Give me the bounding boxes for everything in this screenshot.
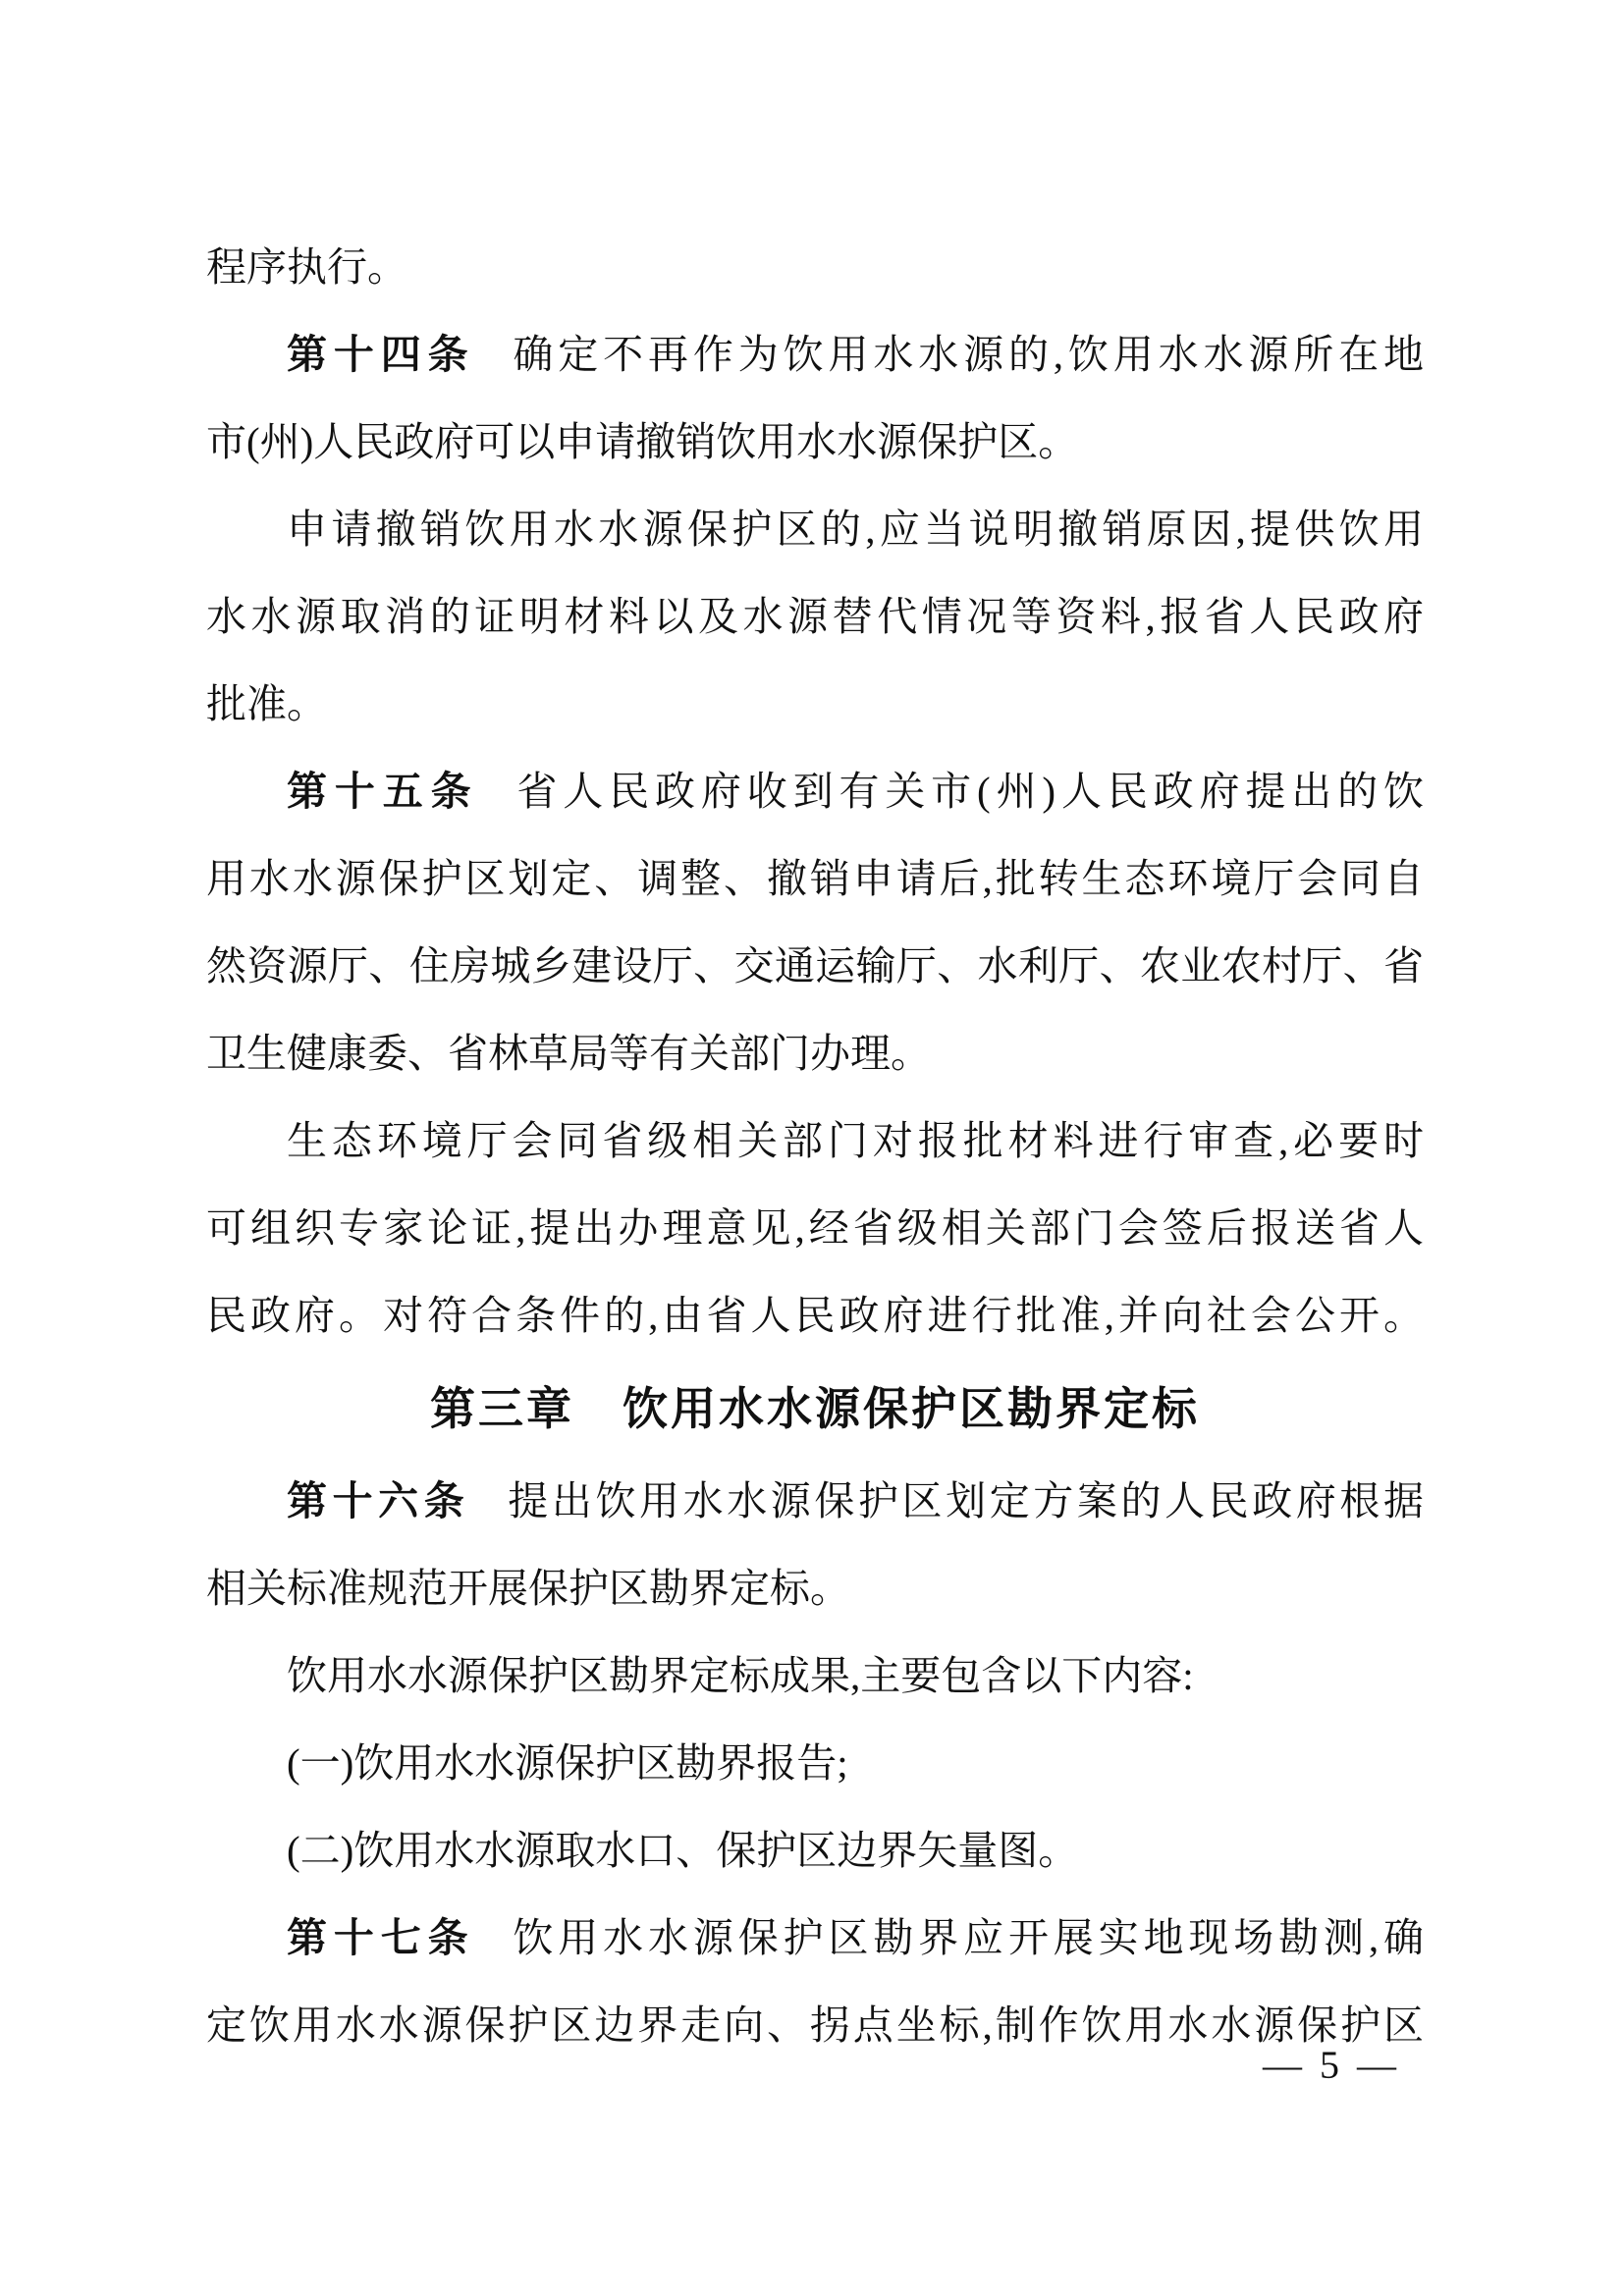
text-line: 可组织专家论证,提出办理意见,经省级相关部门会签后报送省人 [206,1185,1424,1272]
text-line: 生态环境厅会同省级相关部门对报批材料进行审查,必要时 [206,1097,1424,1185]
text-line: 第十七条饮用水水源保护区勘界应开展实地现场勘测,确 [206,1895,1424,1982]
page-number: — 5 — [1263,2042,1400,2088]
line-text: 然资源厅、住房城乡建设厅、交通运输厅、水利厅、农业农村厅、省 [206,943,1424,988]
text-line: 申请撤销饮用水水源保护区的,应当说明撤销原因,提供饮用 [206,486,1424,573]
chapter-heading-text: 第三章 饮用水水源保护区勘界定标 [430,1383,1200,1434]
text-line: 卫生健康委、省林草局等有关部门办理。 [206,1010,1424,1097]
text-line: 第十四条确定不再作为饮用水水源的,饮用水水源所在地 [206,311,1424,399]
text-line: 民政府。对符合条件的,由省人民政府进行批准,并向社会公开。 [206,1272,1424,1360]
line-text: 民政府。对符合条件的,由省人民政府进行批准,并向社会公开。 [206,1293,1424,1338]
text-line: 程序执行。 [206,224,1424,311]
line-text: 程序执行。 [206,244,407,290]
article-number: 第十四条 [287,332,474,377]
line-text: 申请撤销饮用水水源保护区的,应当说明撤销原因,提供饮用 [287,507,1424,552]
text-line: 第十六条提出饮用水水源保护区划定方案的人民政府根据 [206,1458,1424,1545]
text-line: 批准。 [206,661,1424,748]
article-number: 第十五条 [287,769,478,814]
text-line: 然资源厅、住房城乡建设厅、交通运输厅、水利厅、农业农村厅、省 [206,923,1424,1010]
line-text: 市(州)人民政府可以申请撤销饮用水水源保护区。 [206,419,1078,464]
text-line: 水水源取消的证明材料以及水源替代情况等资料,报省人民政府 [206,573,1424,661]
line-text: 相关标准规范开展保护区勘界定标。 [206,1566,850,1611]
text-line: 相关标准规范开展保护区勘界定标。 [206,1545,1424,1632]
line-text: 饮用水水源保护区勘界定标成果,主要包含以下内容: [287,1653,1194,1698]
line-text: 批准。 [206,681,327,726]
line-text: (二)饮用水水源取水口、保护区边界矢量图。 [287,1828,1078,1873]
line-text: 定饮用水水源保护区边界走向、拐点坐标,制作饮用水水源保护区 [206,2002,1424,2048]
line-text: 省人民政府收到有关市(州)人民政府提出的饮 [516,769,1424,814]
line-text: 提出饮用水水源保护区划定方案的人民政府根据 [508,1478,1424,1523]
text-line: 用水水源保护区划定、调整、撤销申请后,批转生态环境厅会同自 [206,835,1424,923]
text-line: 定饮用水水源保护区边界走向、拐点坐标,制作饮用水水源保护区 [206,1982,1424,2069]
chapter-heading: 第三章 饮用水水源保护区勘界定标 [206,1360,1424,1458]
article-number: 第十六条 [287,1478,469,1523]
document-body: 程序执行。第十四条确定不再作为饮用水水源的,饮用水水源所在地市(州)人民政府可以… [206,224,1424,2069]
line-text: 确定不再作为饮用水水源的,饮用水水源所在地 [513,332,1424,377]
line-text: 用水水源保护区划定、调整、撤销申请后,批转生态环境厅会同自 [206,856,1424,901]
line-text: 生态环境厅会同省级相关部门对报批材料进行审查,必要时 [287,1118,1424,1163]
line-text: 可组织专家论证,提出办理意见,经省级相关部门会签后报送省人 [206,1205,1424,1251]
text-line: 市(州)人民政府可以申请撤销饮用水水源保护区。 [206,399,1424,486]
document-page: 程序执行。第十四条确定不再作为饮用水水源的,饮用水水源所在地市(州)人民政府可以… [0,0,1624,2296]
text-line: (二)饮用水水源取水口、保护区边界矢量图。 [206,1807,1424,1895]
line-text: 饮用水水源保护区勘界应开展实地现场勘测,确 [513,1915,1424,1960]
line-text: 卫生健康委、省林草局等有关部门办理。 [206,1031,931,1076]
line-text: (一)饮用水水源保护区勘界报告; [287,1740,848,1786]
lines: 程序执行。第十四条确定不再作为饮用水水源的,饮用水水源所在地市(州)人民政府可以… [206,224,1424,2069]
line-text: 水水源取消的证明材料以及水源替代情况等资料,报省人民政府 [206,594,1424,639]
text-line: (一)饮用水水源保护区勘界报告; [206,1720,1424,1807]
article-number: 第十七条 [287,1915,474,1960]
text-line: 饮用水水源保护区勘界定标成果,主要包含以下内容: [206,1632,1424,1720]
text-line: 第十五条省人民政府收到有关市(州)人民政府提出的饮 [206,748,1424,835]
